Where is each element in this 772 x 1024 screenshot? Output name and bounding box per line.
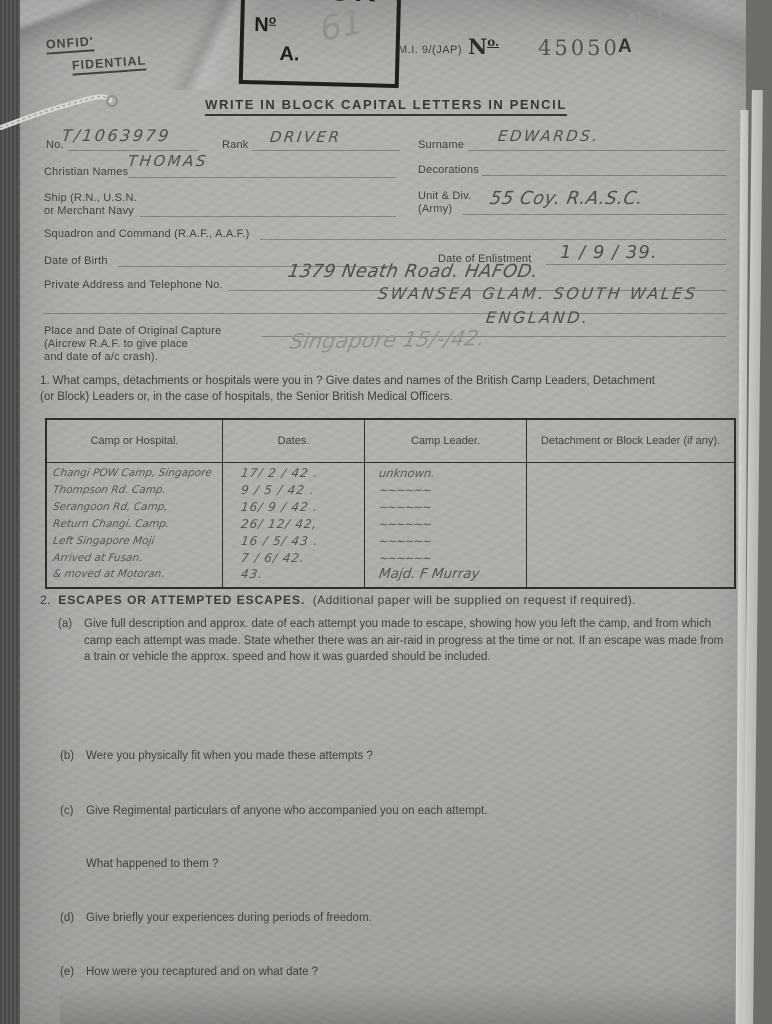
col-camp-leader: Camp Leader. (365, 420, 527, 462)
unit-div-army-label: (Army) (418, 203, 452, 215)
leader-row: Majd. F Murray (370, 566, 525, 583)
christian-names-label: Christian Names (44, 166, 128, 178)
camp-leader-cell: unknown. ~~~~~~ ~~~~~~ ~~~~~~ ~~~~~~ ~~~… (365, 463, 527, 587)
camp-row: Left Singapore Moji (52, 533, 221, 550)
camp-row: Serangoon Rd, Camp, (52, 499, 221, 516)
col-dates: Dates. (223, 420, 365, 462)
date-row: 17/ 2 / 42 . (228, 465, 363, 482)
camps-table: Camp or Hospital. Dates. Camp Leader. De… (45, 418, 736, 589)
col-camp-or-hospital: Camp or Hospital. (47, 420, 223, 462)
ship-label-line1: Ship (R.N., U.S.N. (44, 192, 137, 204)
rank-value: DRIVER (269, 128, 343, 146)
unit-div-value: 55 Coy. R.A.S.C. (488, 188, 645, 209)
file-number: 45050 (538, 36, 620, 60)
confidential-stamp-offset: ONFID' (45, 34, 94, 54)
scanned-document-photo: ONFID' FIDENTIAL BLOCK No A. 61 M.I. 9/(… (0, 0, 772, 1024)
rank-label: Rank (222, 139, 248, 151)
ship-label-line2: or Merchant Navy (44, 205, 134, 217)
date-row: 9 / 5 / 42 . (228, 482, 363, 499)
capture-label-line2: (Aircrew R.A.F. to give place (44, 338, 188, 350)
detachment-leader-cell (527, 463, 734, 587)
leader-ditto-mark: ~~~~~~ (370, 499, 525, 516)
capture-label-line1: Place and Date of Original Capture (44, 325, 221, 337)
camp-row: & moved at Motoran. (52, 566, 221, 583)
leader-ditto-mark: ~~~~~~ (370, 550, 525, 567)
block-stamp-a: A. (279, 43, 300, 67)
address-line2: SWANSEA GLAM. SOUTH WALES (377, 284, 699, 303)
date-row: 16/ 9 / 42 . (228, 499, 363, 516)
date-row: 43. (228, 566, 363, 583)
question2-item-a: (a) Give full description and approx. da… (40, 616, 732, 666)
mi9-jap-label: M.I. 9/(JAP) (398, 44, 462, 56)
leader-ditto-mark: ~~~~~~ (370, 533, 525, 550)
leader-ditto-mark: ~~~~~~ (370, 516, 525, 533)
address-line1: 1379 Neath Road. HAFOD. (286, 261, 540, 282)
form-heading: WRITE IN BLOCK CAPITAL LETTERS IN PENCIL (0, 96, 772, 114)
block-stamp-word: BLOCK (253, 0, 381, 10)
date-of-birth-label: Date of Birth (44, 255, 108, 267)
question2-title: 2. ESCAPES OR ATTEMPTED ESCAPES. (Additi… (40, 593, 636, 607)
surname-label: Surname (418, 139, 464, 151)
file-no-label: No. (468, 34, 499, 59)
block-stamp-no: No (254, 12, 276, 37)
leader-row: unknown. (370, 465, 525, 482)
camps-table-body: Changi POW Camp, Singapore Thompson Rd. … (47, 463, 734, 587)
christian-names-value: THOMAS (127, 152, 209, 170)
capture-label-line3: and date of a/c crash). (44, 351, 158, 363)
date-row: 16 / 5/ 43 . (228, 533, 363, 550)
private-address-label: Private Address and Telephone No. (44, 279, 223, 291)
date-row: 26/ 12/ 42, (228, 516, 363, 533)
question1-text: 1. What camps, detachments or hospitals … (40, 374, 734, 405)
camp-names-cell: Changi POW Camp, Singapore Thompson Rd. … (47, 463, 223, 587)
unit-div-label: Unit & Div. (418, 190, 471, 202)
suffix-letter-a: A (618, 36, 632, 58)
question2-item-c2: What happened to them ? (86, 856, 686, 873)
leader-ditto-mark: ~~~~~~ (370, 482, 525, 499)
camp-row: Return Changi. Camp. (52, 516, 221, 533)
question2-item-d: (d) Give briefly your experiences during… (60, 910, 710, 927)
camp-row: Thompson Rd. Camp. (52, 482, 221, 499)
date-of-enlistment-value: 1 / 9 / 39. (560, 242, 658, 263)
col-detachment-leader: Detachment or Block Leader (if any). (527, 420, 734, 462)
camps-table-header: Camp or Hospital. Dates. Camp Leader. De… (47, 420, 734, 463)
surname-value: EDWARDS. (497, 127, 601, 145)
question2-item-b: (b) Were you physically fit when you mad… (60, 748, 710, 765)
decorations-label: Decorations (418, 164, 479, 176)
camp-row: Arrived at Fusan. (52, 550, 221, 567)
camp-row: Changi POW Camp, Singapore (52, 465, 221, 482)
no-value: T/1063979 (61, 126, 172, 145)
capture-value: Singapore 15/-/42. (288, 326, 488, 353)
date-row: 7 / 6/ 42. (228, 550, 363, 567)
paper-shadow-bottom (60, 984, 740, 1024)
squadron-command-label: Squadron and Command (R.A.F., A.A.F.) (44, 228, 250, 240)
question2-item-c: (c) Give Regimental particulars of anyon… (60, 803, 710, 820)
question2-item-e: (e) How were you recaptured and on what … (60, 964, 710, 981)
address-line3: ENGLAND. (485, 308, 591, 327)
dates-cell: 17/ 2 / 42 . 9 / 5 / 42 . 16/ 9 / 42 . 2… (223, 463, 365, 587)
